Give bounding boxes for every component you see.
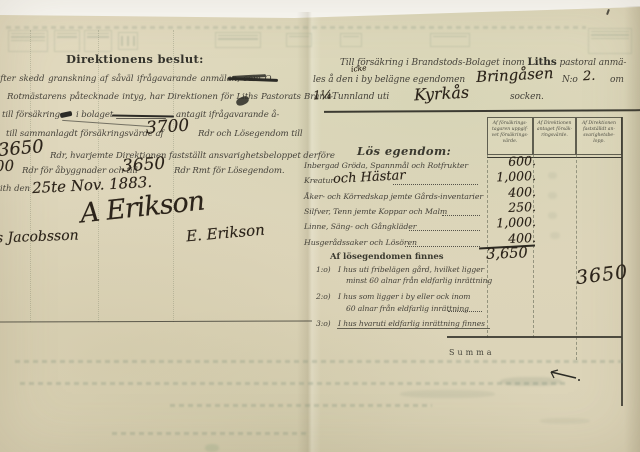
right-edge-shadow [624, 6, 640, 452]
dotted-leader [409, 229, 480, 231]
section-heading-loose-property: Lös egendom: [357, 144, 451, 158]
decision-line-7: ith den [0, 184, 30, 194]
finnes-item-1-no: 1:o) [316, 265, 331, 274]
intro-l2c: om [610, 75, 624, 85]
col-header-declared-value: Af försäkrings- tagaren uppgif- vet förs… [487, 117, 533, 155]
decision-line-2: Rotmästarens påtecknade intyg, har Direk… [7, 92, 333, 102]
hw-estate-number: 2. [583, 69, 596, 84]
row-label-household: Husgerådssaker och Lösören [304, 238, 417, 247]
intro-l1b: pastoral anmä- [559, 58, 626, 68]
summa-label: Summa [449, 348, 495, 357]
row-label-linen: Linne, Säng- och Gångkläder [304, 222, 416, 231]
finnes-heading: Af lösegendomen finnes [330, 252, 444, 262]
decision-line-3c: antagit ifrågavarande å- [176, 110, 279, 120]
intro-l3b: socken. [510, 92, 544, 102]
row-label-implements: Åker- och Körredskap jemte Gårds-inventa… [304, 192, 483, 201]
intro-l2b: N:o [562, 75, 578, 85]
finnes-item-2-no: 2:o) [316, 292, 331, 301]
intro-line-1: Till försäkring i Brandstods-Bolaget ino… [340, 56, 626, 68]
row-label-cattle: Kreatur [304, 176, 334, 185]
intro-l3a: Tunnland uti [332, 92, 389, 102]
dotted-leader [448, 310, 482, 312]
decision-line-5: Rdr, hvarjemte Direktionen fastställt an… [50, 151, 335, 161]
hw-amount-cutoff: 00 [0, 157, 14, 176]
ink-arrow-mark [548, 367, 582, 383]
signature-left: s Jacobsson [0, 228, 79, 247]
hw-parish-name: Kyrkås [414, 83, 470, 105]
decision-line-3b: i bolaget [76, 110, 113, 120]
decision-line-4b: Rdr och Lösegendom till [198, 129, 303, 139]
dotted-leader [442, 214, 480, 216]
finnes-item-3-line-1: I hus hvaruti eldfarlig inrättning finne… [338, 319, 485, 328]
decision-line-3a: till försäkring [2, 110, 60, 120]
hw-total-loose-property: 3,650 [476, 245, 539, 263]
hw-insertion-icke: icke [351, 63, 367, 74]
hw-value-cattle: 1,000. [478, 168, 536, 185]
row-label-silver: Silfver, Tenn jemte Koppar och Malm [304, 207, 447, 216]
finnes-item-2-line-1: I hus som ligger i by eller ock inom [338, 292, 470, 301]
decision-line-6b: Rdr Rmt för Lösegendom. [174, 166, 285, 176]
hw-buildings-value: 3700 [145, 116, 190, 139]
scanned-insurance-document: Direktionens beslut: Efter skedd granskn… [0, 0, 640, 452]
col-header-liability-amount: Af Direktionen fastställdt an- svarighet… [576, 117, 622, 155]
finnes-item-1-line-2: minst 60 alnar från eldfarlig inrättning [346, 276, 492, 285]
hw-value-linen: 1,000. [478, 214, 536, 231]
finnes-item-3-no: 3:o) [316, 319, 331, 328]
dotted-leader [393, 183, 478, 185]
hw-acreage: 1¼ [313, 88, 333, 103]
finnes-bottom-rule [337, 328, 490, 329]
column-divider [576, 155, 577, 360]
summa-rule [447, 336, 622, 338]
dotted-leader [405, 245, 480, 247]
col-header-accepted-value: Af Direktionen antaget försäk- ringsvärd… [533, 117, 576, 155]
decision-heading: Direktionens beslut: [66, 52, 204, 66]
finnes-item-1-line-1: I hus uti fribelägen gård, hvilket ligge… [338, 265, 484, 274]
